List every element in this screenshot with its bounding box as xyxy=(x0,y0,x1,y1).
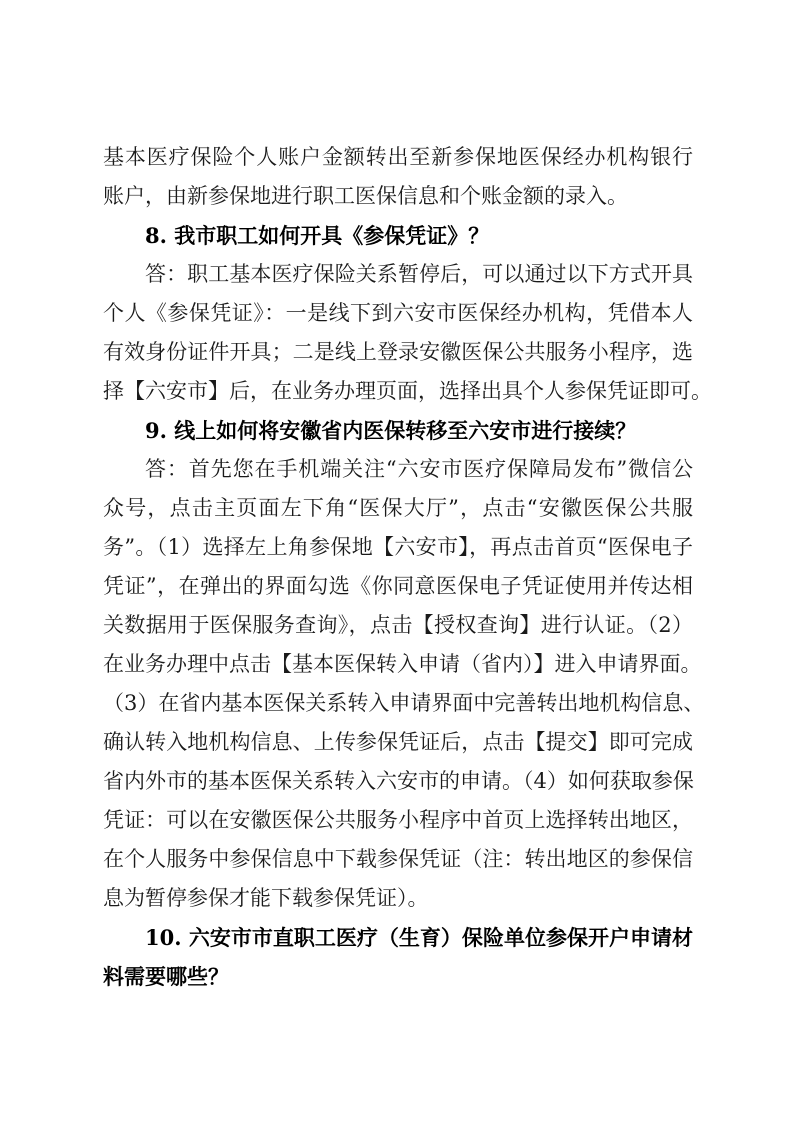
paragraph-line: 众号，点击主页面左下角“医保大厅”，点击“安徽医保公共服 xyxy=(103,489,693,528)
section-heading-10-continued: 料需要哪些？ xyxy=(103,957,693,996)
paragraph-line: 答：职工基本医疗保险关系暂停后，可以通过以下方式开具 xyxy=(145,255,693,294)
paragraph-line: 有效身份证件开具；二是线上登录安徽医保公共服务小程序，选 xyxy=(103,333,693,372)
paragraph-line: 择【六安市】后，在业务办理页面，选择出具个人参保凭证即可。 xyxy=(103,372,693,411)
paragraph-line: 个人《参保凭证》：一是线下到六安市医保经办机构，凭借本人 xyxy=(103,294,693,333)
paragraph-line: 息为暂停参保才能下载参保凭证）。 xyxy=(103,879,693,918)
paragraph-line: 确认转入地机构信息、上传参保凭证后，点击【提交】即可完成 xyxy=(103,723,693,762)
paragraph-line: 凭证：可以在安徽医保公共服务小程序中首页上选择转出地区， xyxy=(103,801,693,840)
paragraph-line: 关数据用于医保服务查询》，点击【授权查询】进行认证。（2） xyxy=(103,606,693,645)
paragraph-line: 基本医疗保险个人账户金额转出至新参保地医保经办机构银行 xyxy=(103,138,693,177)
section-heading-8: 8. 我市职工如何开具《参保凭证》？ xyxy=(145,216,693,255)
paragraph-line: 账户，由新参保地进行职工医保信息和个账金额的录入。 xyxy=(103,177,693,216)
paragraph-line: 务”。（1）选择左上角参保地【六安市】，再点击首页“医保电子 xyxy=(103,528,693,567)
section-heading-9: 9. 线上如何将安徽省内医保转移至六安市进行接续？ xyxy=(145,411,693,450)
paragraph-line: 凭证”，在弹出的界面勾选《你同意医保电子凭证使用并传达相 xyxy=(103,567,693,606)
paragraph-line: 答：首先您在手机端关注“六安市医疗保障局发布”微信公 xyxy=(145,450,693,489)
document-page: 基本医疗保险个人账户金额转出至新参保地医保经办机构银行 账户，由新参保地进行职工… xyxy=(0,0,793,1122)
paragraph-line: 在业务办理中点击【基本医保转入申请（省内）】进入申请界面。 xyxy=(103,645,693,684)
paragraph-line: （3）在省内基本医保关系转入申请界面中完善转出地机构信息、 xyxy=(103,684,693,723)
section-heading-10: 10. 六安市市直职工医疗（生育）保险单位参保开户申请材 xyxy=(145,918,693,957)
paragraph-line: 在个人服务中参保信息中下载参保凭证（注：转出地区的参保信 xyxy=(103,840,693,879)
paragraph-line: 省内外市的基本医保关系转入六安市的申请。（4）如何获取参保 xyxy=(103,762,693,801)
